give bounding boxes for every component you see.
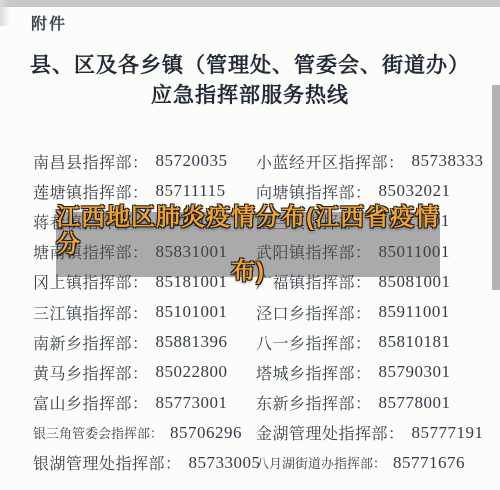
scan-artifact-left-edge: [0, 0, 10, 26]
org-name: 南昌县指挥部：: [33, 150, 149, 173]
hotline-row: 银三角管委会指挥部：85706296: [33, 418, 255, 448]
phone-number: 85810181: [379, 332, 451, 352]
title-line-2: 应急指挥部服务热线: [0, 80, 500, 110]
org-name: 银湖管理处指挥部：: [33, 451, 182, 474]
watermark-text-line-1: 江西地区肺炎疫情分布(江西省疫情分: [56, 204, 440, 258]
document-title: 县、区及各乡镇（管理处、管委会、街道办） 应急指挥部服务热线: [0, 50, 500, 110]
phone-number: 85101001: [156, 302, 228, 322]
phone-number: 85778001: [379, 393, 451, 413]
hotline-row: 三江镇指挥部：85101001: [33, 297, 255, 327]
scan-artifact-top-edge: [0, 0, 500, 7]
org-name: 泾口乡指挥部：: [256, 301, 372, 324]
scanned-document-page: 附件 县、区及各乡镇（管理处、管委会、街道办） 应急指挥部服务热线 南昌县指挥部…: [0, 0, 500, 490]
org-name: 莲塘镇指挥部：: [33, 180, 149, 203]
hotline-row: 莲塘镇指挥部：85711115: [33, 176, 255, 206]
hotline-row: 小蓝经开区指挥部：85738333: [256, 146, 498, 176]
org-name: 东新乡指挥部：: [256, 391, 372, 414]
phone-number: 85881396: [156, 332, 228, 352]
hotline-row: 东新乡指挥部：85778001: [256, 388, 498, 418]
attachment-label: 附件: [31, 11, 67, 34]
org-name: 黄马乡指挥部：: [33, 361, 149, 384]
org-name: 南新乡指挥部：: [33, 331, 149, 354]
phone-number: 85790301: [379, 362, 451, 382]
org-name: 八一乡指挥部：: [256, 331, 372, 354]
phone-number: 85911001: [379, 302, 450, 322]
phone-number: 85720035: [156, 151, 228, 171]
phone-number: 85706296: [170, 423, 242, 443]
org-name: 塔城乡指挥部：: [256, 361, 372, 384]
phone-number: 85022800: [156, 362, 228, 382]
org-name: 银三角管委会指挥部：: [33, 423, 163, 442]
hotline-row: 塔城乡指挥部：85790301: [256, 357, 498, 387]
phone-number: 85711115: [156, 181, 226, 201]
hotline-row: 南昌县指挥部：85720035: [33, 146, 255, 176]
org-name: 金湖管理处指挥部：: [256, 421, 405, 444]
phone-number: 85773001: [156, 393, 228, 413]
watermark-overlay: 江西地区肺炎疫情分布(江西省疫情分 布): [56, 212, 440, 277]
hotline-row: 富山乡指挥部：85773001: [33, 388, 255, 418]
org-name: 三江镇指挥部：: [33, 301, 149, 324]
org-name: 八月湖街道办指挥部：: [256, 453, 386, 472]
hotline-row: 泾口乡指挥部：85911001: [256, 297, 498, 327]
org-name: 向塘镇指挥部：: [256, 180, 372, 203]
hotline-row: 南新乡指挥部：85881396: [33, 327, 255, 357]
hotline-row: 黄马乡指挥部：85022800: [33, 357, 255, 387]
watermark-text-line-2: 布): [231, 258, 265, 285]
org-name: 富山乡指挥部：: [33, 391, 149, 414]
hotline-row: 金湖管理处指挥部：85777191: [256, 418, 498, 448]
hotline-row: 银湖管理处指挥部：85733005: [33, 448, 255, 478]
phone-number: 85771676: [393, 453, 465, 473]
phone-number: 85738333: [412, 151, 484, 171]
org-name: 小蓝经开区指挥部：: [256, 150, 405, 173]
hotline-column-right: 小蓝经开区指挥部：85738333 向塘镇指挥部：85032021 幽兰镇指挥部…: [256, 146, 498, 478]
title-line-1: 县、区及各乡镇（管理处、管委会、街道办）: [0, 50, 500, 80]
hotline-row: 八一乡指挥部：85810181: [256, 327, 498, 357]
phone-number: 85777191: [412, 423, 484, 443]
hotline-row: 八月湖街道办指挥部：85771676: [256, 448, 498, 478]
phone-number: 85032021: [379, 181, 451, 201]
hotline-column-left: 南昌县指挥部：85720035 莲塘镇指挥部：85711115 蒋巷镇指挥部：3…: [33, 146, 255, 478]
hotline-row: 向塘镇指挥部：85032021: [256, 176, 498, 206]
phone-number: 85733005: [189, 453, 261, 473]
